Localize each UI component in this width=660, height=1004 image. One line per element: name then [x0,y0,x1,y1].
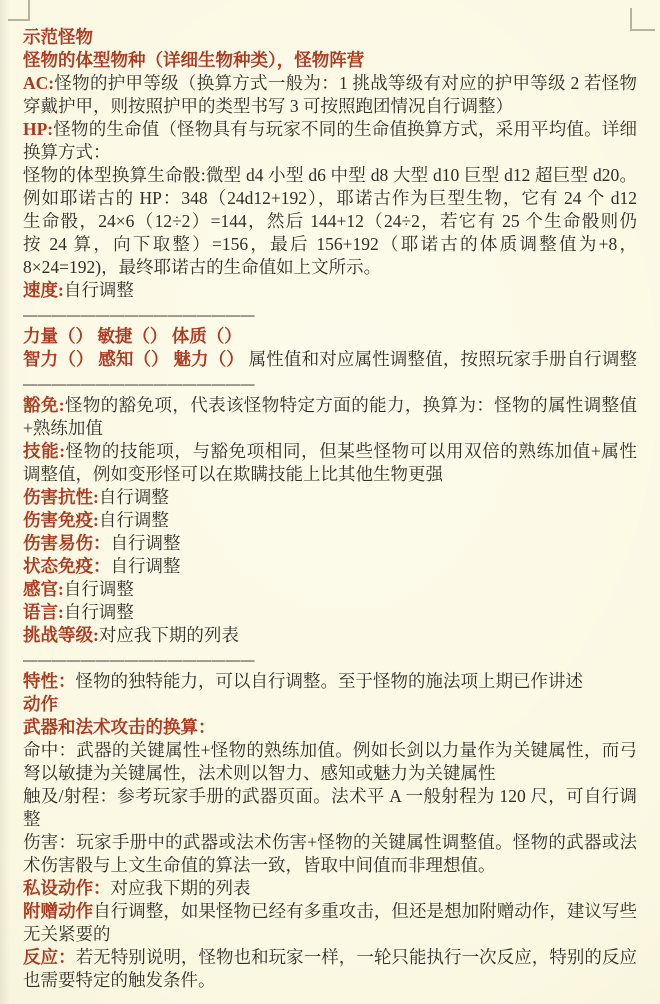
text-line: AC:怪物的护甲等级（换算方式一般为：1 挑战等级有对应的护甲等级 2 若怪物 [23,72,637,95]
body-text: 例如耶诺古的 HP：348（24d12+192），耶诺古作为巨型生物，它有 24… [23,188,637,208]
body-text: 弩以敏捷为关键属性，法术则以智力、感知或魅力为关键属性 [23,763,496,783]
section-label: 挑战等级: [23,625,99,645]
body-text: 换算方式： [23,142,111,162]
section-label: 怪物的体型物种（详细生物种类），怪物阵营 [23,50,364,70]
text-line: +熟练加值 [23,417,637,440]
text-line: 调整值，例如变形怪可以在欺瞒技能上比其他生物更强 [23,463,637,486]
text-line: 感官:自行调整 [23,578,637,601]
text-line: 示范怪物 [23,26,637,49]
section-label: 力量（） 敏捷（） 体质（） [23,326,242,346]
body-text: 怪物的技能项，与豁免项相同，但某些怪物可以用双倍的熟练加值+属性 [65,441,637,461]
text-line: 状态免疫：自行调整 [23,555,637,578]
body-text: 自行调整 [64,579,134,599]
section-label: 伤害易伤： [23,533,111,553]
body-text: 自行调整 [111,533,181,553]
body-text: 属性值和对应属性调整值，按照玩家手册自行调整 [244,349,637,369]
text-line: 伤害：玩家手册中的武器或法术伤害+怪物的关键属性调整值。怪物的武器或法 [23,831,637,854]
section-label: 伤害免疫: [23,510,99,530]
body-text: 怪物的生命值（怪物具有与玩家不同的生命值换算方式，采用平均值。详细 [53,119,637,139]
text-line: 怪物的体型换算生命骰:微型 d4 小型 d6 中型 d8 大型 d10 巨型 d… [23,164,637,187]
section-label: 武器和法术攻击的换算： [23,717,216,737]
text-line: 伤害免疫:自行调整 [23,509,637,532]
text-line: 伤害易伤：自行调整 [23,532,637,555]
text-line: 例如耶诺古的 HP：348（24d12+192），耶诺古作为巨型生物，它有 24… [23,187,637,210]
text-line: 弩以敏捷为关键属性，法术则以智力、感知或魅力为关键属性 [23,762,637,785]
text-line: 附赠动作自行调整，如果怪物已经有多重攻击，但还是想加附赠动作，建议写些 [23,900,637,923]
body-text: 自行调整，如果怪物已经有多重攻击，但还是想加附赠动作，建议写些 [93,901,637,921]
separator-dashes: ———————————————— [23,377,255,392]
body-text: 自行调整 [64,602,134,622]
separator-dashes: ———————————————— [23,653,255,668]
body-text: 伤害：玩家手册中的武器或法术伤害+怪物的关键属性调整值。怪物的武器或法 [23,832,637,852]
section-label: 特性： [23,671,76,691]
text-line: 无关紧要的 [23,923,637,946]
separator-line: ———————————————— [23,302,637,325]
body-text: 怪物的体型换算生命骰:微型 d4 小型 d6 中型 d8 大型 d10 巨型 d… [23,165,637,185]
section-label: 速度: [23,280,64,300]
document: 示范怪物怪物的体型物种（详细生物种类），怪物阵营AC:怪物的护甲等级（换算方式一… [23,26,637,992]
body-text: 生命骰，24×6（12÷2）=144，然后 144+12（24÷2，若它有 25… [23,211,637,231]
body-text: 无关紧要的 [23,924,111,944]
section-label: 状态免疫： [23,556,111,576]
text-line: 换算方式： [23,141,637,164]
section-label: AC: [23,73,54,93]
text-line: 按 24 算，向下取整）=156，最后 156+192（耶诺古的体质调整值为+8… [23,233,637,256]
separator-line: ———————————————— [23,371,637,394]
body-text: 也需要特定的触发条件。 [23,970,216,990]
text-boundary-mark-top-left-icon [8,19,30,21]
text-line: 触及/射程：参考玩家手册的武器页面。法术平 A 一般射程为 120 尺，可自行调 [23,785,637,808]
section-label: 示范怪物 [23,27,93,47]
body-text: 命中：武器的关键属性+怪物的熟练加值。例如长剑以力量作为关键属性，而弓 [23,740,637,760]
body-text: 对应我下期的列表 [111,878,251,898]
body-text: 怪物的独特能力，可以自行调整。至于怪物的施法项上期已作讲述 [76,671,584,691]
body-text: 怪物的豁免项，代表该怪物特定方面的能力，换算为：怪物的属性调整值 [65,395,637,415]
section-label: 伤害抗性: [23,487,99,507]
text-line: 伤害抗性:自行调整 [23,486,637,509]
body-text: 术伤害骰与上文生命值的算法一致，皆取中间值而非理想值。 [23,855,496,875]
body-text: 调整值，例如变形怪可以在欺瞒技能上比其他生物更强 [23,464,443,484]
text-line: 动作 [23,693,637,716]
section-label: 豁免: [23,395,65,415]
body-text: 自行调整 [111,556,181,576]
text-line: 也需要特定的触发条件。 [23,969,637,992]
section-label: 语言: [23,602,64,622]
text-line: 武器和法术攻击的换算： [23,716,637,739]
text-line: 穿戴护甲，则按照护甲的类型书写 3 可按照跑团情况自行调整） [23,95,637,118]
separator-line: ———————————————— [23,647,637,670]
text-line: 速度:自行调整 [23,279,637,302]
body-text: 穿戴护甲，则按照护甲的类型书写 3 可按照跑团情况自行调整） [23,96,513,116]
text-line: 私设动作：对应我下期的列表 [23,877,637,900]
text-line: 术伤害骰与上文生命值的算法一致，皆取中间值而非理想值。 [23,854,637,877]
text-line: 特性：怪物的独特能力，可以自行调整。至于怪物的施法项上期已作讲述 [23,670,637,693]
body-text: 按 24 算，向下取整）=156，最后 156+192（耶诺古的体质调整值为+8… [23,234,637,254]
text-line: HP:怪物的生命值（怪物具有与玩家不同的生命值换算方式，采用平均值。详细 [23,118,637,141]
body-text: 对应我下期的列表 [99,625,239,645]
text-line: 8×24=192)，最终耶诺古的生命值如上文所示。 [23,256,637,279]
text-line: 语言:自行调整 [23,601,637,624]
section-label: 私设动作： [23,878,111,898]
body-text: 若无特别说明，怪物也和玩家一样，一轮只能执行一次反应，特别的反应 [76,947,637,967]
section-label: 智力（） 感知（） 魅力（） [23,349,244,369]
text-line: 智力（） 感知（） 魅力（） 属性值和对应属性调整值，按照玩家手册自行调整 [23,348,637,371]
text-line: 整 [23,808,637,831]
section-label: 反应： [23,947,76,967]
text-line: 怪物的体型物种（详细生物种类），怪物阵营 [23,49,637,72]
body-text: +熟练加值 [23,418,103,438]
body-text: 8×24=192)，最终耶诺古的生命值如上文所示。 [23,257,381,277]
body-text: 触及/射程：参考玩家手册的武器页面。法术平 A 一般射程为 120 尺，可自行调 [23,786,637,806]
body-text: 自行调整 [99,510,169,530]
photo-edge-shade [0,0,10,1004]
text-line: 力量（） 敏捷（） 体质（） [23,325,637,348]
section-label: 技能: [23,441,65,461]
text-line: 豁免:怪物的豁免项，代表该怪物特定方面的能力，换算为：怪物的属性调整值 [23,394,637,417]
body-text: 整 [23,809,41,829]
body-text: 自行调整 [99,487,169,507]
section-label: 感官: [23,579,64,599]
separator-dashes: ———————————————— [23,308,255,323]
text-line: 生命骰，24×6（12÷2）=144，然后 144+12（24÷2，若它有 25… [23,210,637,233]
text-boundary-mark-top-left-icon [28,0,30,21]
text-line: 命中：武器的关键属性+怪物的熟练加值。例如长剑以力量作为关键属性，而弓 [23,739,637,762]
body-text: 怪物的护甲等级（换算方式一般为：1 挑战等级有对应的护甲等级 2 若怪物 [54,73,637,93]
text-line: 挑战等级:对应我下期的列表 [23,624,637,647]
section-label: 附赠动作 [23,901,93,921]
body-text: 自行调整 [64,280,134,300]
section-label: 动作 [23,694,58,714]
document-photo-page: { "page": { "background_color": "#fbf8e2… [0,0,660,1004]
section-label: HP: [23,119,53,139]
text-line: 反应：若无特别说明，怪物也和玩家一样，一轮只能执行一次反应，特别的反应 [23,946,637,969]
text-line: 技能:怪物的技能项，与豁免项相同，但某些怪物可以用双倍的熟练加值+属性 [23,440,637,463]
